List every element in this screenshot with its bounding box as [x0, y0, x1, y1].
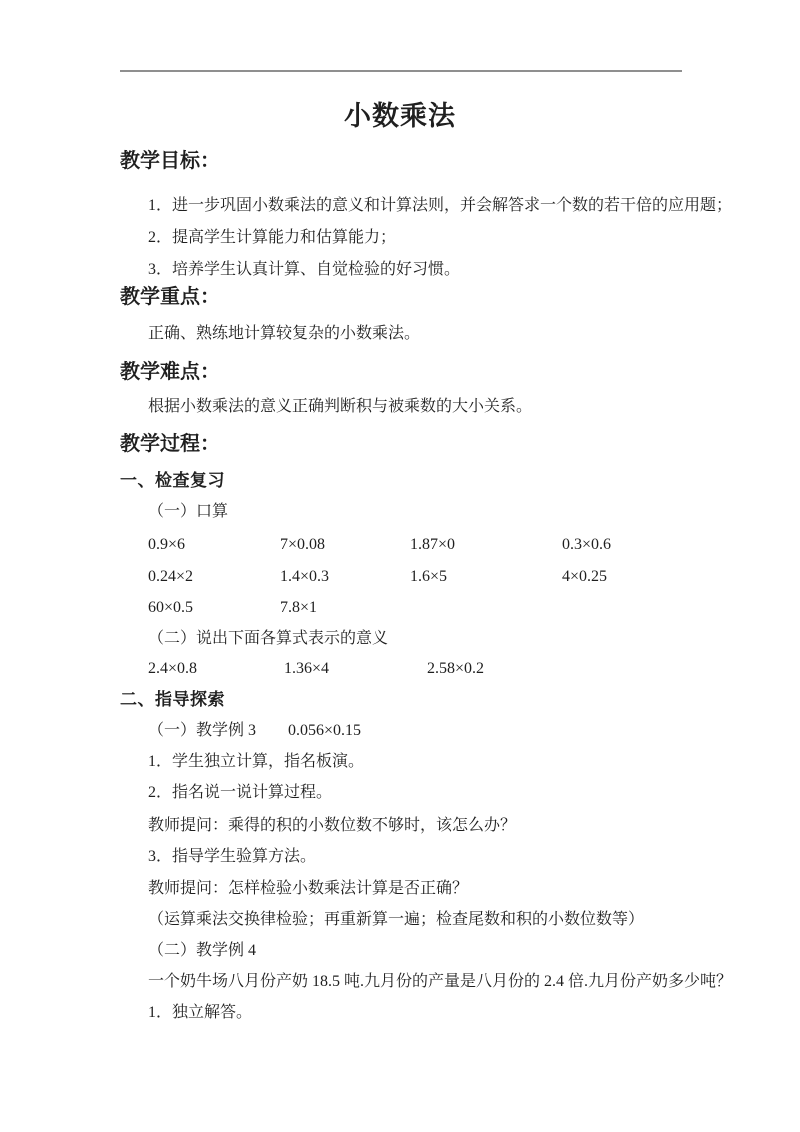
explore-line-2: 1．学生独立计算，指名板演。: [148, 753, 364, 771]
goal-item-3: 3．培养学生认真计算、自觉检验的好习惯。: [148, 261, 460, 279]
explore-line-6: 教师提问：怎样检验小数乘法计算是否正确？: [148, 880, 468, 898]
heading-key-point: 教学重点：: [120, 286, 220, 308]
oral-calc-row-3: 60×0.5 7.8×1: [148, 599, 562, 617]
document-title: 小数乘法: [0, 102, 800, 132]
meaning-row: 2.4×0.8 1.36×4 2.58×0.2: [148, 660, 484, 678]
explore-line-7: （运算乘法交换律检验；再重新算一遍；检查尾数和积的小数位数等）: [148, 911, 644, 929]
explore-line-8: （二）教学例 4: [148, 942, 256, 960]
header-rule: [120, 70, 682, 72]
meaning-expression: 1.36×4: [284, 660, 427, 678]
oral-expression: [410, 599, 562, 617]
goal-item-2: 2．提高学生计算能力和估算能力；: [148, 229, 396, 247]
key-point-text: 正确、熟练地计算较复杂的小数乘法。: [148, 325, 420, 343]
explore-line-1: （一）教学例 3 0.056×0.15: [148, 722, 361, 740]
oral-expression: 7×0.08: [280, 536, 410, 554]
explore-line-4: 教师提问：乘得的积的小数位数不够时，该怎么办？: [148, 817, 516, 835]
oral-expression: 4×0.25: [562, 568, 607, 586]
explore-line-3: 2．指名说一说计算过程。: [148, 784, 332, 802]
meaning-label: （二）说出下面各算式表示的意义: [148, 630, 388, 648]
heading-process: 教学过程：: [120, 433, 220, 455]
oral-expression: 1.87×0: [410, 536, 562, 554]
meaning-expression: 2.58×0.2: [427, 660, 484, 678]
oral-expression: 0.3×0.6: [562, 536, 611, 554]
oral-calc-row-2: 0.24×2 1.4×0.3 1.6×5 4×0.25: [148, 568, 607, 586]
oral-expression: 60×0.5: [148, 599, 280, 617]
oral-calc-row-1: 0.9×6 7×0.08 1.87×0 0.3×0.6: [148, 536, 611, 554]
oral-expression: 1.4×0.3: [280, 568, 410, 586]
document-page: { "doc": { "title": "小数乘法", "goals": { "…: [0, 0, 800, 1132]
heading-teaching-goals: 教学目标：: [120, 150, 220, 172]
oral-calc-label: （一）口算: [148, 503, 228, 521]
oral-expression: 0.9×6: [148, 536, 280, 554]
oral-expression: 0.24×2: [148, 568, 280, 586]
explore-line-10: 1．独立解答。: [148, 1004, 252, 1022]
heading-difficulty: 教学难点：: [120, 361, 220, 383]
oral-expression: 1.6×5: [410, 568, 562, 586]
explore-line-9: 一个奶牛场八月份产奶 18.5 吨.九月份的产量是八月份的 2.4 倍.九月份产…: [148, 973, 732, 991]
heading-explore: 二、指导探索: [120, 691, 225, 710]
meaning-expression: 2.4×0.8: [148, 660, 284, 678]
oral-expression: 7.8×1: [280, 599, 410, 617]
explore-line-5: 3．指导学生验算方法。: [148, 848, 316, 866]
goal-item-1: 1．进一步巩固小数乘法的意义和计算法则，并会解答求一个数的若干倍的应用题；: [148, 197, 732, 215]
difficulty-text: 根据小数乘法的意义正确判断积与被乘数的大小关系。: [148, 398, 532, 416]
heading-review: 一、检查复习: [120, 472, 225, 491]
